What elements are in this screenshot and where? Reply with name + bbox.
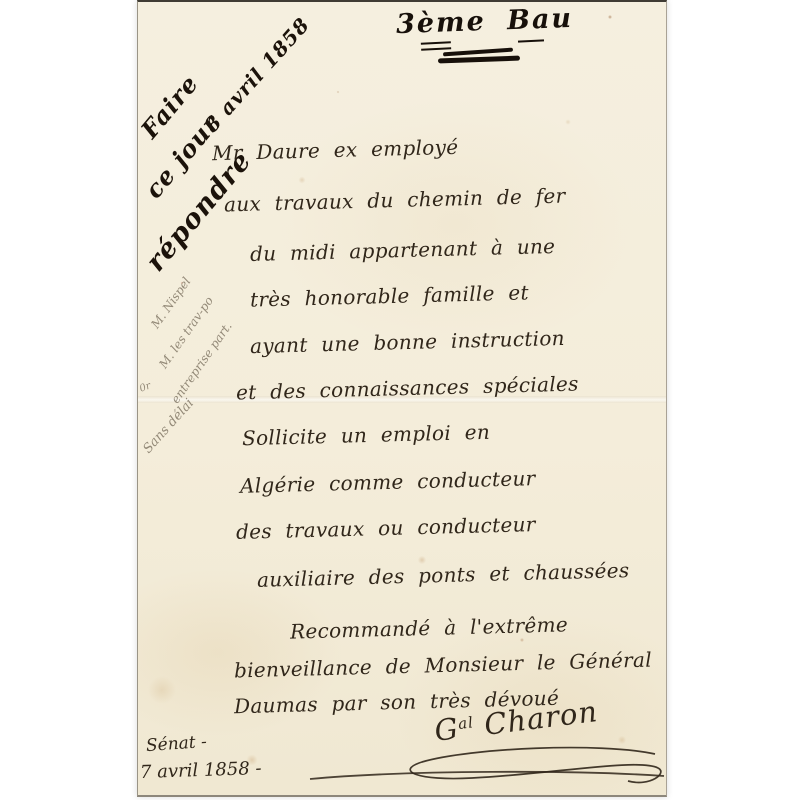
product-photo-canvas: 3ème Bau Faire ce jour répondre 8 avril …	[0, 0, 800, 800]
bureau-underline-single	[518, 39, 544, 42]
letter-line: très honorable famille et	[250, 280, 529, 311]
signature-flourish	[400, 740, 672, 794]
diagonal-annotation-date: 8 avril 1858	[199, 13, 314, 137]
letter-line: auxiliaire des ponts et chaussées	[257, 558, 630, 592]
letter-place: Sénat -	[145, 732, 207, 756]
letter-line: ayant une bonne instruction	[250, 326, 565, 358]
bureau-underline-double	[421, 41, 451, 51]
bureau-underline-heavy-2	[438, 56, 520, 64]
letter-line: aux travaux du chemin de fer	[224, 184, 566, 217]
letter-line: des travaux ou conducteur	[236, 512, 536, 544]
pencil-note-sans-delai: Sans délai	[140, 396, 197, 457]
pencil-mark: 0r	[138, 381, 152, 395]
bureau-underline-heavy-1	[443, 48, 513, 57]
signature-rank-superscript: al	[457, 713, 475, 733]
letter-date: 7 avril 1858 -	[140, 758, 262, 783]
letter-line: bienveillance de Monsieur le Général	[234, 648, 652, 683]
letter-line: Recommandé à l'extrême	[290, 612, 569, 643]
bureau-heading: 3ème Bau	[396, 3, 574, 40]
manuscript-paper: 3ème Bau Faire ce jour répondre 8 avril …	[137, 0, 667, 797]
letter-line: Algérie comme conducteur	[240, 466, 536, 498]
letter-line: Sollicite un emploi en	[242, 420, 491, 450]
letter-line: du midi appartenant à une	[250, 234, 556, 266]
date-underline-stroke	[308, 768, 668, 784]
letter-line: Mr Daure ex employé	[212, 135, 459, 165]
